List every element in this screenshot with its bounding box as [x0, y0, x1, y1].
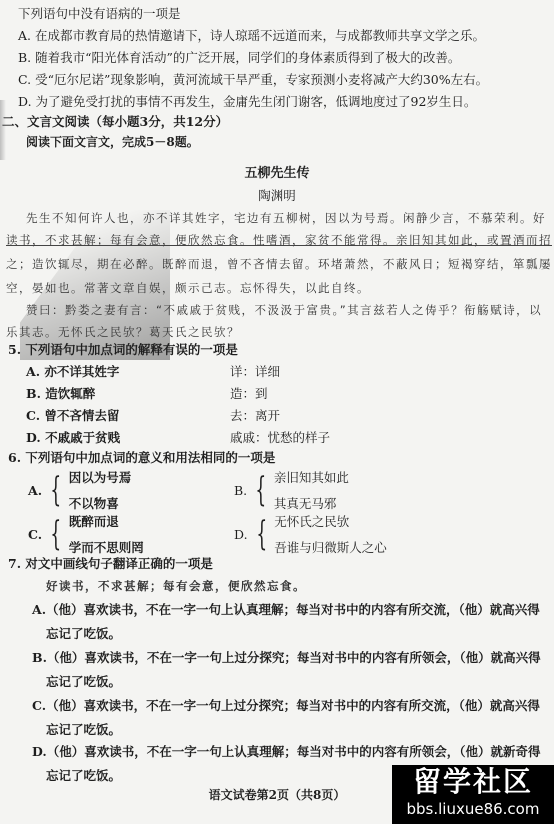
q4-option-b: B. 随着我市“阳光体育活动”的广泛开展，同学们的身体素质得到了极大的改善。 [18, 50, 460, 66]
q7-option-b-line2: 忘记了吃饭。 [46, 674, 121, 690]
watermark-title: 留学社区 [392, 765, 554, 799]
exam-page: 下列语句中没有语病的一项是 A. 在成都市教育局的热情邀请下，诗人琼瑶不远道而来… [0, 0, 554, 824]
q5-gloss-c: 去：离开 [230, 408, 280, 424]
q4-stem: 下列语句中没有语病的一项是 [18, 6, 181, 22]
watermark-logo: 留学社区 bbs.liuxue86.com [392, 765, 554, 824]
brace-icon: { [51, 517, 62, 551]
q7-option-c-line1: C.（他）喜欢读书，不在一字一句上过分探究；每当对书中的内容有所交流，（他）就高… [32, 698, 540, 714]
q6-option-d-label: D. [234, 527, 248, 542]
q6-option-a: A. { 因以为号焉 不以物喜 [28, 468, 131, 512]
q5-gloss-d: 戚戚：忧愁的样子 [230, 430, 330, 446]
q5-gloss-b: 造：到 [230, 386, 268, 402]
q5-option-a: A. 亦不详其姓字 [26, 364, 119, 380]
q6-option-b-label: B. [234, 483, 247, 498]
q5-option-c: C. 曾不吝情去留 [26, 408, 119, 424]
passage-line-2: 读书，不求甚解；每有会意，便欣然忘食。性嗜酒，家贫不能常得。亲旧知其如此，或置酒… [6, 232, 552, 248]
passage-line-6: 乐其志。无怀氏之民欤？葛天氏之民欤？ [6, 324, 240, 340]
section-instruction: 阅读下面文言文，完成5－8题。 [26, 134, 199, 150]
scan-shadow [0, 100, 6, 160]
q7-option-b-line1: B.（他）喜欢读书，不在一字一句上过分探究；每当对书中的内容有所领会，（他）就高… [32, 650, 541, 666]
q5-gloss-a: 详：详细 [230, 364, 280, 380]
q6-stem: 6. 下列语句中加点词的意义和用法相同的一项是 [8, 450, 275, 466]
q6-option-c-line1: 既醉而退 [69, 512, 144, 530]
passage-line-4: 空，晏如也。常著文章自娱，颇示己志。忘怀得失，以此自终。 [6, 280, 370, 296]
q6-option-a-label: A. [28, 483, 42, 498]
q6-option-c-label: C. [28, 527, 42, 542]
q5-stem: 5. 下列语句中加点词的解释有误的一项是 [8, 342, 238, 358]
q5-option-d: D. 不戚戚于贫贱 [26, 430, 120, 446]
brace-icon: { [256, 473, 267, 507]
q7-option-a-line1: A.（他）喜欢读书，不在一字一句上认真理解；每当对书中的内容有所交流，（他）就高… [32, 602, 540, 618]
q7-option-a-line2: 忘记了吃饭。 [46, 626, 121, 642]
q7-stem: 7. 对文中画线句子翻译正确的一项是 [8, 556, 213, 572]
q5-option-b: B. 造饮辄醉 [26, 386, 95, 402]
q4-option-a: A. 在成都市教育局的热情邀请下，诗人琼瑶不远道而来，与成都教师共享文学之乐。 [18, 28, 485, 44]
q6-option-b: B. { 亲旧知其如此 其真无马邪 [234, 468, 349, 512]
q6-option-c-line2: 学而不思则罔 [69, 538, 144, 556]
passage-author: 陶渊明 [0, 186, 554, 204]
brace-icon: { [50, 473, 61, 507]
q6-option-a-line2: 不以物喜 [69, 494, 132, 512]
q6-option-d-line1: 无怀氏之民欤 [274, 512, 387, 530]
q6-option-b-line1: 亲旧知其如此 [274, 468, 349, 486]
q6-option-a-line1: 因以为号焉 [69, 468, 132, 486]
passage-title: 五柳先生传 [0, 162, 554, 181]
passage-line-5: 赞曰：黔娄之妻有言：“不戚戚于贫贱，不汲汲于富贵。”其言兹若人之俦乎？衔觞赋诗，… [26, 302, 542, 318]
q7-option-c-line2: 忘记了吃饭。 [46, 722, 121, 738]
brace-icon: { [256, 517, 267, 551]
section-heading: 二、文言文阅读（每小题3分，共12分） [2, 114, 228, 130]
q7-option-d-line2: 忘记了吃饭。 [46, 768, 121, 784]
q4-option-c: C. 受“厄尔尼诺”现象影响，黄河流域干旱严重，专家预测小麦将减产大约30%左右… [18, 72, 488, 88]
passage-line-3: 之；造饮辄尽，期在必醉。既醉而退，曾不吝情去留。环堵萧然，不蔽风日；短褐穿结，箪… [6, 256, 552, 272]
q6-option-d: D. { 无怀氏之民欤 吾谁与归微斯人之心 [234, 512, 387, 556]
q7-quote: 好读书，不求甚解；每有会意，便欣然忘食。 [46, 578, 306, 594]
q6-option-b-line2: 其真无马邪 [274, 494, 349, 512]
passage-line-1: 先生不知何许人也，亦不详其姓字，宅边有五柳树，因以为号焉。闲静少言，不慕荣利。好 [26, 210, 546, 226]
q6-option-d-line2: 吾谁与归微斯人之心 [274, 538, 387, 556]
q6-option-c: C. { 既醉而退 学而不思则罔 [28, 512, 144, 556]
q7-option-d-line1: D.（他）喜欢读书，不在一字一句上认真理解；每当对书中的内容有所领会，（他）就新… [32, 744, 541, 760]
watermark-url: bbs.liuxue86.com [392, 799, 554, 819]
q4-option-d: D. 为了避免受打扰的事情不再发生，金庸先生闭门谢客，低调地度过了92岁生日。 [18, 94, 476, 110]
